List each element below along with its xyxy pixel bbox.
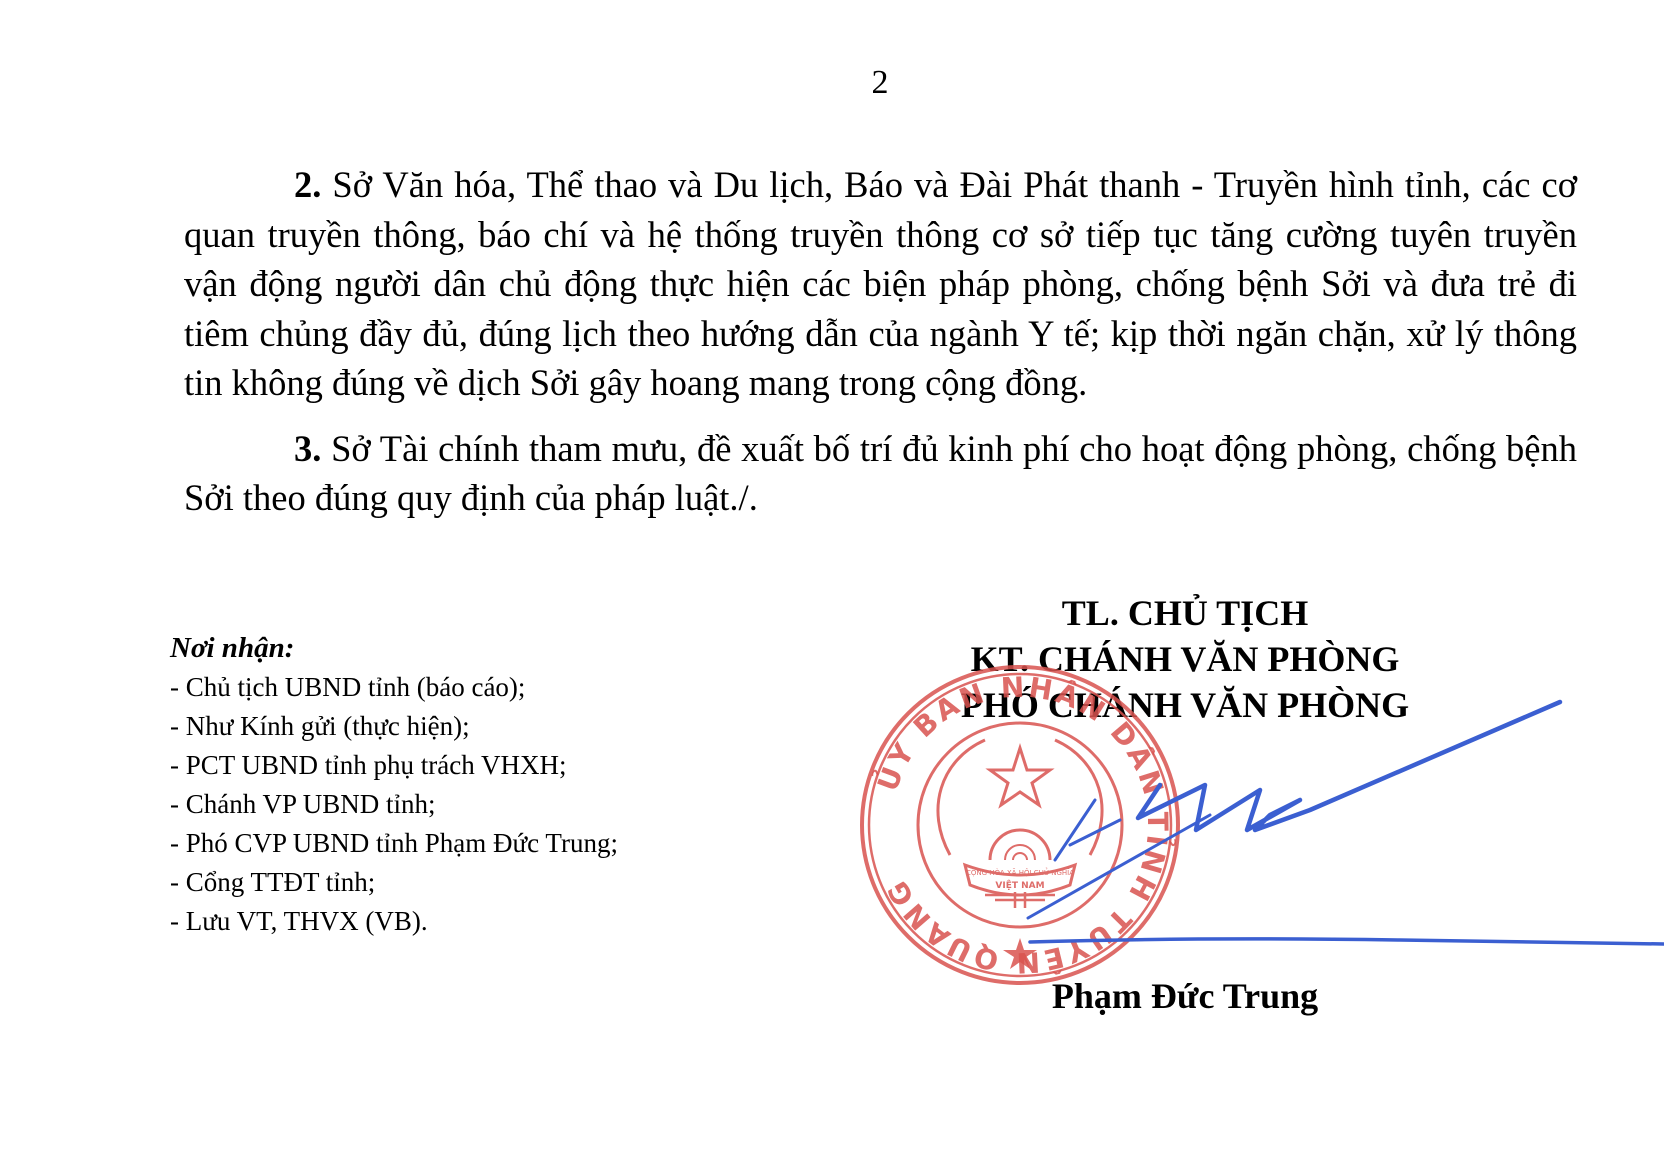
paragraph-number: 2.: [294, 164, 321, 205]
recipient-item: - Chủ tịch UBND tỉnh (báo cáo);: [170, 668, 618, 707]
recipient-item: - Phó CVP UBND tỉnh Phạm Đức Trung;: [170, 824, 618, 863]
paragraph-text: Sở Văn hóa, Thể thao và Du lịch, Báo và …: [184, 164, 1577, 403]
national-emblem-icon: CỘNG HÒA XÃ HỘI CHỦ NGHĨA VIỆT NAM: [938, 740, 1102, 908]
signature-title-line: TL. CHỦ TỊCH: [905, 590, 1465, 636]
page-number: 2: [0, 64, 1664, 102]
paragraph-2: 2. Sở Văn hóa, Thể thao và Du lịch, Báo …: [184, 160, 1577, 408]
svg-text:ỦY BAN NHÂN DÂN TỈNH TUYÊN QUA: ỦY BAN NHÂN DÂN TỈNH TUYÊN QUANG: [866, 671, 1177, 980]
body-text: 2. Sở Văn hóa, Thể thao và Du lịch, Báo …: [184, 160, 1577, 523]
recipient-item: - Cổng TTĐT tỉnh;: [170, 863, 618, 902]
svg-text:CỘNG HÒA XÃ HỘI CHỦ NGHĨA: CỘNG HÒA XÃ HỘI CHỦ NGHĨA: [966, 867, 1074, 877]
recipient-item: - Như Kính gửi (thực hiện);: [170, 707, 618, 746]
recipients-list: Nơi nhận: - Chủ tịch UBND tỉnh (báo cáo)…: [170, 628, 618, 941]
svg-text:VIỆT NAM: VIỆT NAM: [995, 880, 1044, 891]
recipient-item: - Lưu VT, THVX (VB).: [170, 902, 618, 941]
signer-name: Phạm Đức Trung: [960, 973, 1410, 1019]
paragraph-number: 3.: [294, 428, 321, 469]
paragraph-3: 3. Sở Tài chính tham mưu, đề xuất bố trí…: [184, 424, 1577, 523]
recipient-item: - PCT UBND tỉnh phụ trách VHXH;: [170, 746, 618, 785]
paragraph-text: Sở Tài chính tham mưu, đề xuất bố trí đủ…: [184, 428, 1577, 519]
recipients-heading: Nơi nhận:: [170, 628, 618, 668]
official-seal-stamp: CỘNG HÒA XÃ HỘI CHỦ NGHĨA VIỆT NAM ỦY BA…: [855, 660, 1185, 990]
recipient-item: - Chánh VP UBND tỉnh;: [170, 785, 618, 824]
